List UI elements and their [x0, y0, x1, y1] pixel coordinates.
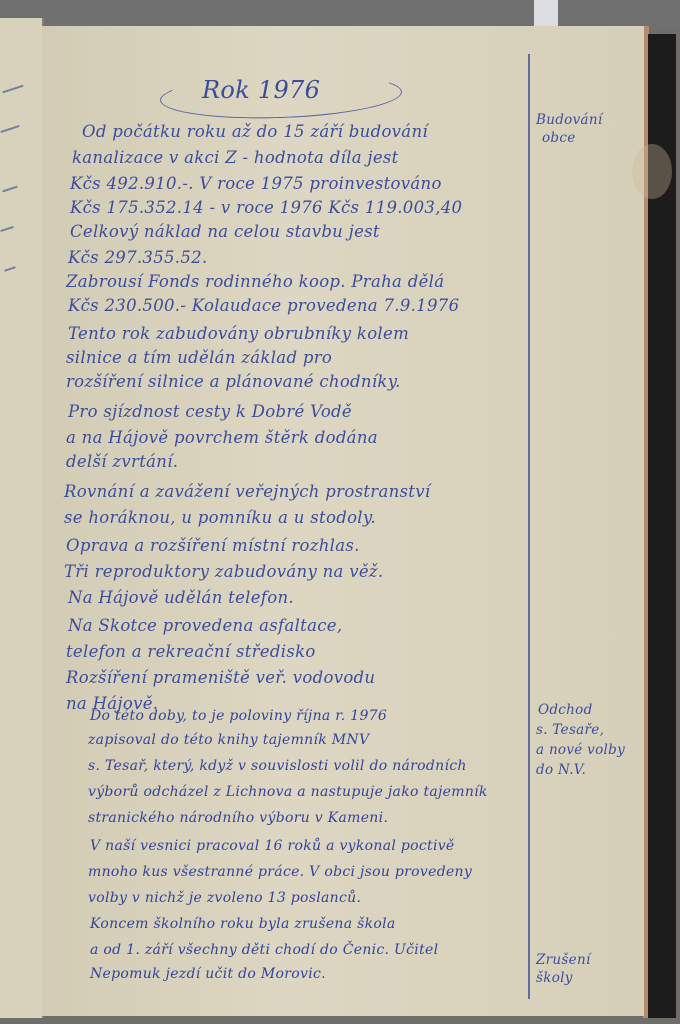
paper-stain	[632, 144, 672, 199]
text-line: volby v nichž je zvoleno 13 poslanců.	[88, 890, 361, 906]
text-line: Celkový náklad na celou stavbu jest	[70, 222, 380, 241]
left-page	[0, 18, 44, 1018]
text-line: Rovnání a zavážení veřejných prostranstv…	[64, 482, 430, 501]
text-line: a od 1. září všechny děti chodí do Čenic…	[90, 942, 438, 958]
text-line: delší zvrtání.	[66, 452, 178, 471]
text-line: kanalizace v akci Z - hodnota díla jest	[72, 148, 399, 167]
text-line: V naší vesnici pracoval 16 roků a vykona…	[90, 838, 455, 854]
text-line: zapisoval do této knihy tajemník MNV	[88, 732, 369, 748]
page-title: Rok 1976	[202, 76, 320, 104]
margin-note-line: s. Tesaře,	[536, 722, 604, 738]
text-line: a na Hájově povrchem štěrk dodána	[66, 428, 378, 447]
left-page-scribble	[2, 85, 24, 94]
text-line: Do této doby, to je poloviny října r. 19…	[90, 708, 387, 724]
text-line: rozšíření silnice a plánované chodníky.	[66, 372, 401, 391]
text-line: s. Tesař, který, když v souvislosti voli…	[88, 758, 467, 774]
text-line: Oprava a rozšíření místní rozhlas.	[66, 536, 360, 555]
text-line: se horáknou, u pomníku a u stodoly.	[64, 508, 376, 527]
left-page-scribble	[0, 125, 20, 133]
text-line: Kčs 230.500.- Kolaudace provedena 7.9.19…	[68, 296, 459, 315]
text-line: Na Skotce provedena asfaltace,	[68, 616, 342, 635]
margin-note-line: Budování	[536, 112, 602, 128]
text-line: stranického národního výboru v Kameni.	[88, 810, 388, 826]
left-page-scribble	[4, 266, 16, 272]
margin-line	[528, 54, 530, 999]
text-line: Kčs 492.910.-. V roce 1975 proinvestován…	[70, 174, 442, 193]
text-line: Rozšíření prameniště veř. vodovodu	[66, 668, 375, 687]
text-line: Kčs 297.355.52.	[68, 248, 208, 267]
margin-note-line: Zrušení	[536, 952, 591, 968]
text-line: silnice a tím udělán základ pro	[66, 348, 332, 367]
text-line: Koncem školního roku byla zrušena škola	[90, 916, 396, 932]
margin-note-line: do N.V.	[536, 762, 586, 778]
text-line: Na Hájově udělán telefon.	[68, 588, 294, 607]
text-line: Nepomuk jezdí učit do Morovic.	[90, 966, 326, 982]
text-line: Tři reproduktory zabudovány na věž.	[64, 562, 383, 581]
margin-note-line: školy	[536, 970, 573, 986]
text-line: Zabrousí Fonds rodinného koop. Praha děl…	[66, 272, 444, 291]
left-page-scribble	[2, 186, 18, 193]
margin-note-line: obce	[542, 130, 576, 146]
text-line: Pro sjízdnost cesty k Dobré Vodě	[68, 402, 352, 421]
margin-note-line: Odchod	[538, 702, 593, 718]
text-line: výborů odcházel z Lichnova a nastupuje j…	[88, 784, 488, 800]
text-line: telefon a rekreační středisko	[66, 642, 316, 661]
text-line: Kčs 175.352.14 - v roce 1976 Kčs 119.003…	[70, 198, 462, 217]
text-line: Tento rok zabudovány obrubníky kolem	[68, 324, 409, 343]
text-line: mnoho kus všestranné práce. V obci jsou …	[88, 864, 472, 880]
ledger-page: Rok 1976 Od počátku roku až do 15 září b…	[42, 26, 644, 1016]
margin-note-line: a nové volby	[536, 742, 625, 758]
bookmark-tab	[534, 0, 558, 26]
left-page-scribble	[0, 226, 14, 232]
text-line: Od počátku roku až do 15 září budování	[82, 122, 428, 141]
